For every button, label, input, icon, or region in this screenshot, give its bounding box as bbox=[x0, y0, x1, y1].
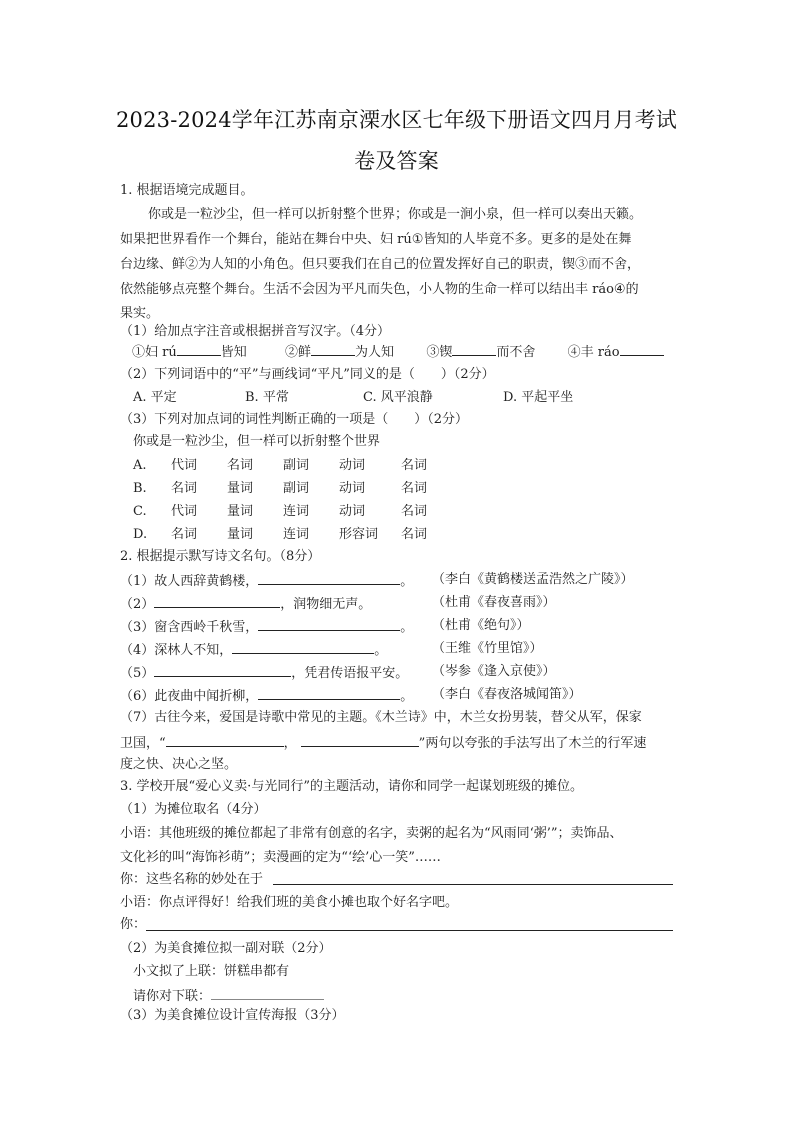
q2-source-2: （杜甫《春夜喜雨》） bbox=[432, 595, 556, 611]
answer-blank[interactable] bbox=[232, 641, 374, 654]
answer-blank[interactable] bbox=[177, 343, 221, 356]
answer-blank[interactable] bbox=[258, 687, 400, 700]
q2-line-3: （3）窗含西岭千秋雪，。 bbox=[120, 618, 413, 636]
q2-source-1: （李白《黄鹤楼送孟浩然之广陵》） bbox=[432, 572, 634, 588]
option-b[interactable]: B. 平常 bbox=[245, 390, 363, 406]
question-1-heading: 1. 根据语境完成题目。 bbox=[120, 183, 254, 199]
answer-blank[interactable] bbox=[301, 734, 419, 747]
item-label: ④丰 ráo bbox=[568, 345, 620, 360]
q3-sub3-prompt: （3）为美食摊位设计宣传海报（3分） bbox=[120, 1008, 345, 1024]
answer-blank[interactable] bbox=[166, 734, 284, 747]
q3-sub1-prompt: （1）为摊位取名（4分） bbox=[120, 802, 267, 818]
item-label: ①妇 rú bbox=[132, 345, 177, 360]
q2-line-2: （2），润物细无声。 bbox=[120, 595, 371, 613]
answer-blank[interactable] bbox=[311, 343, 355, 356]
page-title: 2023-2024学年江苏南京溧水区七年级下册语文四月月考试 bbox=[0, 104, 793, 134]
q2-sub7-line: 卫国，“，”两句以夸张的手法写出了木兰的行军速 bbox=[120, 734, 646, 752]
q1-sub3-option-row[interactable]: D.名词量词连词形容词名词 bbox=[133, 527, 427, 543]
q2-source-4: （王维《竹里馆》） bbox=[432, 641, 543, 657]
q3-answer-prompt: 你：这些名称的妙处在于 bbox=[120, 872, 263, 888]
q2-sub7-line: （7）古往今来，爱国是诗歌中常见的主题。《木兰诗》中，木兰女扮男装，替父从军，保… bbox=[120, 710, 642, 726]
q1-sub2-options: A. 平定B. 平常C. 风平浪静D. 平起平坐 bbox=[133, 390, 573, 406]
answer-line[interactable] bbox=[146, 930, 673, 931]
question-2-heading: 2. 根据提示默写诗文名句。（8分） bbox=[120, 549, 320, 565]
q2-source-6: （李白《春夜洛城闻笛》） bbox=[432, 687, 582, 703]
item-label: 为人知 bbox=[355, 345, 394, 360]
q1-sub3-prompt: （3）下列对加点词的词性判断正确的一项是（ ）（2分） bbox=[120, 412, 468, 428]
question-3-heading: 3. 学校开展“爱心义卖·与光同行”的主题活动，请你和同学一起谋划班级的摊位。 bbox=[120, 779, 583, 795]
answer-blank[interactable] bbox=[258, 618, 400, 631]
item-label: ②鲜 bbox=[285, 345, 311, 360]
q1-sub3-option-row[interactable]: B.名词量词副词动词名词 bbox=[133, 481, 427, 497]
q1-sub3-option-row[interactable]: C.代词量词连词动词名词 bbox=[133, 504, 427, 520]
answer-blank[interactable] bbox=[258, 572, 400, 585]
answer-blank[interactable] bbox=[452, 343, 496, 356]
q2-line-4: （4）深林人不知，。 bbox=[120, 641, 387, 659]
q3-dialogue-line: 小语：其他班级的摊位都起了非常有创意的名字，卖粥的起名为“风雨同‘粥’”；卖饰品… bbox=[120, 826, 623, 842]
exam-page: 2023-2024学年江苏南京溧水区七年级下册语文四月月考试 卷及答案 1. 根… bbox=[0, 0, 793, 1122]
q3-dialogue-line: 小语：你点评得好！给我们班的美食小摊也取个好名字吧。 bbox=[120, 895, 458, 911]
couplet-upper: 小文拟了上联：饼糕串都有 bbox=[133, 964, 289, 980]
answer-line[interactable] bbox=[273, 884, 673, 885]
q1-paragraph-line: 依然能够点亮整个舞台。生活不会因为平凡而失色，小人物的生命一样可以结出丰 ráo… bbox=[120, 282, 639, 298]
q1-paragraph-line: 果实。 bbox=[120, 306, 159, 322]
answer-blank[interactable] bbox=[154, 664, 291, 677]
answer-blank[interactable] bbox=[154, 595, 280, 608]
q1-sub3-sentence: 你或是一粒沙尘，但一样可以折射整个世界 bbox=[133, 434, 380, 450]
q1-paragraph-line: 台边缘、鲜②为人知的小角色。但只要我们在自己的位置发挥好自己的职责，锲③而不舍， bbox=[120, 257, 640, 273]
q3-answer-prompt: 你： bbox=[120, 917, 146, 933]
q1-sub1-items: ①妇 rú皆知 ②鲜为人知 ③锲而不舍 ④丰 ráo bbox=[132, 343, 664, 361]
couplet-lower-prompt: 请你对下联： bbox=[133, 987, 324, 1005]
option-c[interactable]: C. 风平浪静 bbox=[363, 390, 503, 406]
item-label: ③锲 bbox=[426, 345, 452, 360]
answer-blank[interactable] bbox=[211, 987, 324, 1000]
q2-line-1: （1）故人西辞黄鹤楼，。 bbox=[120, 572, 413, 590]
q2-sub7-line: 度之快、决心之坚。 bbox=[120, 757, 237, 773]
answer-blank[interactable] bbox=[620, 343, 664, 356]
q1-paragraph-line: 你或是一粒沙尘，但一样可以折射整个世界；你或是一涧小泉，但一样可以奏出天籁。 bbox=[148, 207, 642, 223]
q2-source-3: （杜甫《绝句》） bbox=[432, 618, 530, 634]
q3-dialogue-line: 文化衫的叫“海饰衫萌”；卖漫画的定为“‘绘’心一笑”…… bbox=[120, 850, 441, 866]
option-a[interactable]: A. 平定 bbox=[133, 390, 245, 406]
option-d[interactable]: D. 平起平坐 bbox=[503, 390, 573, 406]
q2-line-5: （5），凭君传语报平安。 bbox=[120, 664, 408, 682]
q3-sub2-prompt: （2）为美食摊位拟一副对联（2分） bbox=[120, 941, 332, 957]
q2-line-6: （6）此夜曲中闻折柳，。 bbox=[120, 687, 413, 705]
q1-paragraph-line: 如果把世界看作一个舞台，能站在舞台中央、妇 rú①皆知的人毕竟不多。更多的是处在… bbox=[120, 232, 631, 248]
page-title-continued: 卷及答案 bbox=[0, 145, 793, 175]
q1-sub1-prompt: （1）给加点字注音或根据拼音写汉字。（4分） bbox=[120, 324, 390, 340]
item-label: 皆知 bbox=[221, 345, 247, 360]
q1-sub2-prompt: （2）下列词语中的“平”与画线词“平凡”同义的是（ ）（2分） bbox=[120, 367, 495, 383]
q1-sub3-option-row[interactable]: A.代词名词副词动词名词 bbox=[133, 458, 427, 474]
q2-source-5: （岑参《逢入京使》） bbox=[432, 664, 556, 680]
item-label: 而不舍 bbox=[496, 345, 535, 360]
